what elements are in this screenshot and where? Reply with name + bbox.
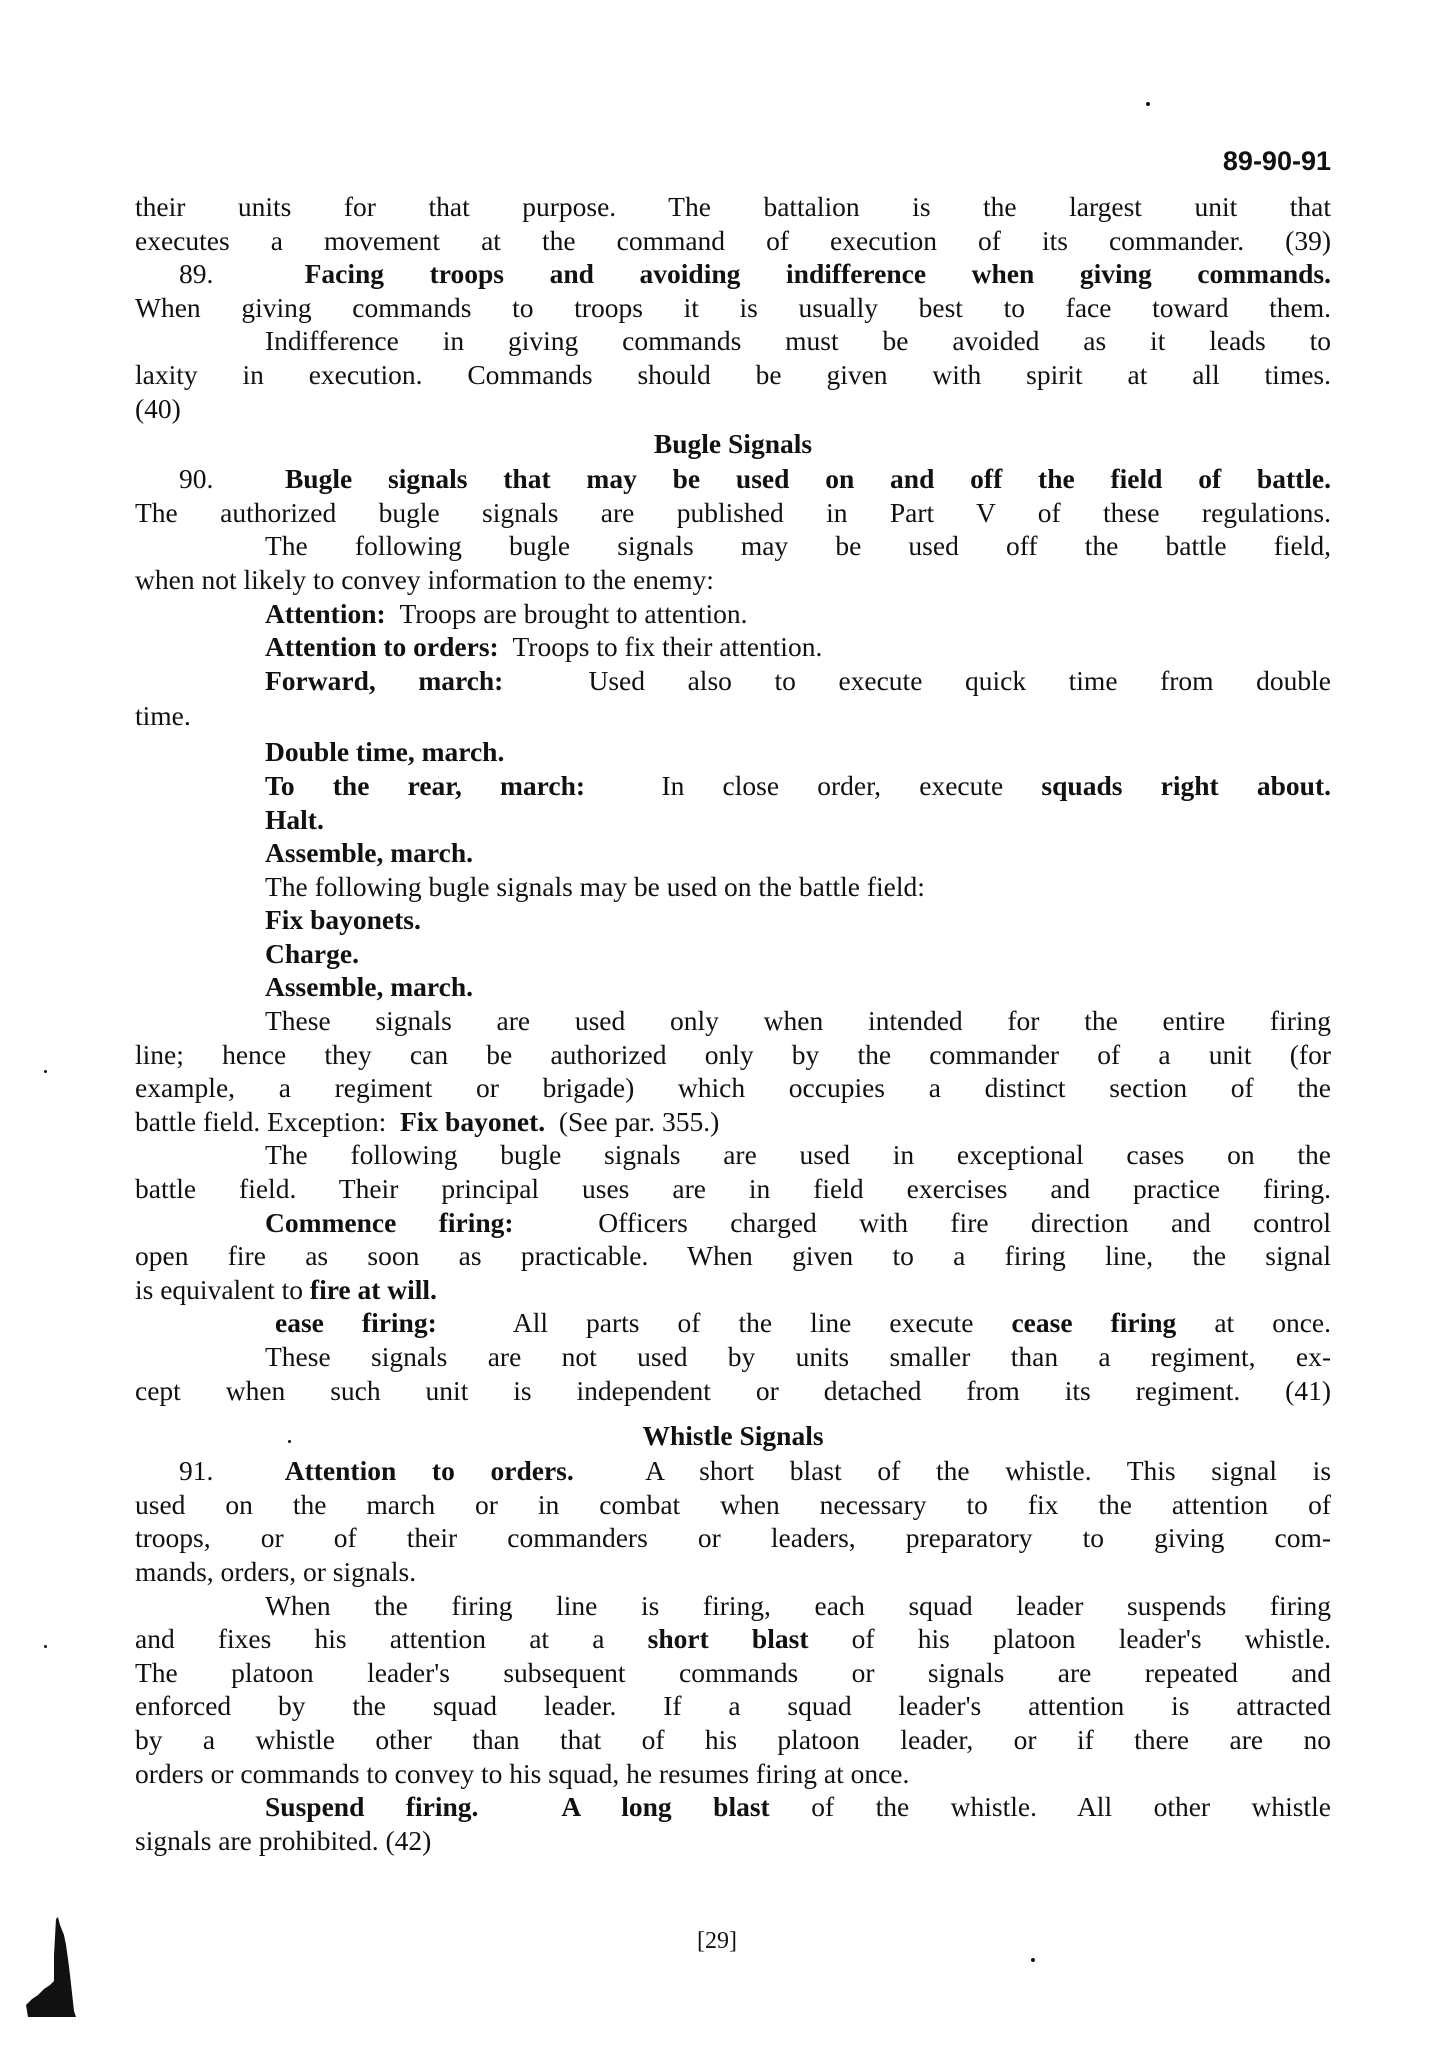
speck-dot — [44, 1645, 47, 1648]
signal-to-the-rear: To the rear, march: In close order, exec… — [135, 769, 1331, 803]
text-line: their units for that purpose. The battal… — [135, 190, 1331, 224]
page-body: their units for that purpose. The battal… — [135, 190, 1331, 1857]
text-line: by a whistle other than that of his plat… — [135, 1723, 1331, 1757]
speck-dot — [288, 1440, 291, 1443]
text-line: time. — [135, 697, 1331, 735]
section-heading-whistle-signals: Whistle Signals — [135, 1417, 1331, 1454]
signal-charge: Charge. — [135, 937, 1331, 971]
paragraph-90-title: 90. Bugle signals that may be used on an… — [135, 462, 1331, 496]
text-line: executes a movement at the command of ex… — [135, 224, 1331, 258]
paragraph-89-title: 89. Facing troops and avoiding indiffere… — [135, 257, 1331, 291]
signal-cease-firing: ease firing: All parts of the line execu… — [135, 1306, 1331, 1340]
signal-suspend-firing: Suspend firing. A long blast of the whis… — [135, 1790, 1331, 1824]
section-heading-bugle-signals: Bugle Signals — [135, 425, 1331, 462]
text-line: The following bugle signals are used in … — [135, 1138, 1331, 1172]
text-line: When the firing line is firing, each squ… — [135, 1589, 1331, 1623]
text-line: cept when such unit is independent or de… — [135, 1374, 1331, 1408]
text-line: The following bugle signals may be used … — [135, 529, 1331, 563]
text-line: is equivalent to fire at will. — [135, 1273, 1331, 1307]
citation: (40) — [135, 392, 1331, 426]
signal-commence-firing: Commence firing: Officers charged with f… — [135, 1206, 1331, 1240]
text-line: when not likely to convey information to… — [135, 563, 1331, 597]
paragraph-91-title: 91. Attention to orders. A short blast o… — [135, 1454, 1331, 1488]
signal-assemble-march-field: Assemble, march. — [135, 970, 1331, 1004]
text-line: These signals are not used by units smal… — [135, 1340, 1331, 1374]
section-range-header: 89-90-91 — [1223, 146, 1331, 177]
text-line: example, a regiment or brigade) which oc… — [135, 1071, 1331, 1105]
speck-dot — [1146, 102, 1150, 106]
speck-dot — [44, 1070, 47, 1073]
text-line: The platoon leader's subsequent commands… — [135, 1656, 1331, 1690]
signal-forward-march: Forward, march: Used also to execute qui… — [135, 664, 1331, 698]
ink-blot-mark-icon — [20, 1915, 90, 2025]
text-line: enforced by the squad leader. If a squad… — [135, 1689, 1331, 1723]
text-line: used on the march or in combat when nece… — [135, 1488, 1331, 1522]
text-line: These signals are used only when intende… — [135, 1004, 1331, 1038]
signal-double-time: Double time, march. — [135, 735, 1331, 769]
page-number: [29] — [0, 1928, 1434, 1955]
text-line: When giving commands to troops it is usu… — [135, 291, 1331, 325]
signal-fix-bayonets: Fix bayonets. — [135, 903, 1331, 937]
text-line: orders or commands to convey to his squa… — [135, 1757, 1331, 1791]
text-line: Indifference in giving commands must be … — [135, 324, 1331, 358]
text-line: open fire as soon as practicable. When g… — [135, 1239, 1331, 1273]
speck-dot — [1031, 1958, 1035, 1962]
text-line: battle field. Exception: Fix bayonet. (S… — [135, 1105, 1331, 1139]
text-line: laxity in execution. Commands should be … — [135, 358, 1331, 392]
text-line: and fixes his attention at a short blast… — [135, 1622, 1331, 1656]
text-line: The authorized bugle signals are publish… — [135, 496, 1331, 530]
text-line: signals are prohibited. (42) — [135, 1824, 1331, 1858]
text-line: troops, or of their commanders or leader… — [135, 1521, 1331, 1555]
text-line: battle field. Their principal uses are i… — [135, 1172, 1331, 1206]
signal-halt: Halt. — [135, 803, 1331, 837]
text-line: The following bugle signals may be used … — [135, 870, 1331, 904]
text-line: line; hence they can be authorized only … — [135, 1038, 1331, 1072]
signal-attention: Attention: Troops are brought to attenti… — [135, 597, 1331, 631]
signal-attention-to-orders: Attention to orders: Troops to fix their… — [135, 630, 1331, 664]
text-line: mands, orders, or signals. — [135, 1555, 1331, 1589]
signal-assemble-march: Assemble, march. — [135, 836, 1331, 870]
